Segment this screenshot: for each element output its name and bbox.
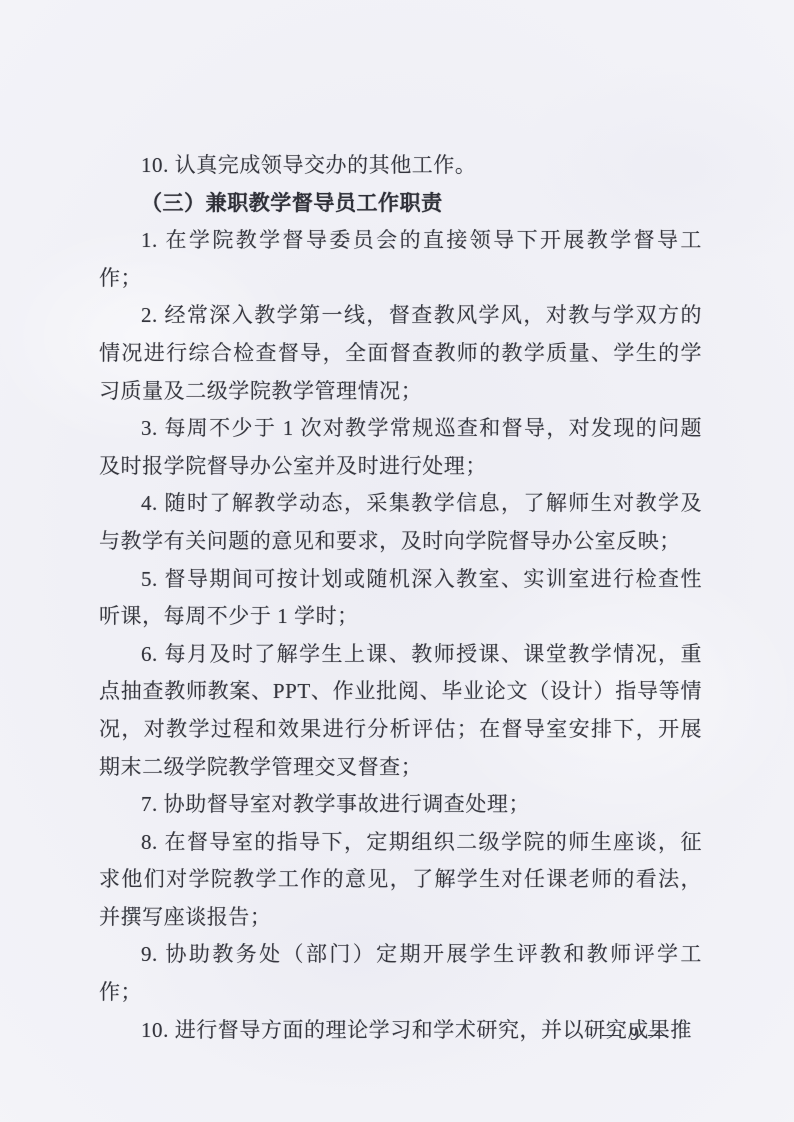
document-paragraph: 3. 每周不少于 1 次对教学常规巡查和督导，对发现的问题及时报学院督导办公室并… [99, 410, 702, 485]
document-paragraph: 1. 在学院教学督导委员会的直接领导下开展教学督导工作； [99, 222, 702, 297]
document-paragraph: 8. 在督导室的指导下，定期组织二级学院的师生座谈，征求他们对学院教学工作的意见… [99, 824, 702, 937]
document-paragraph: 6. 每月及时了解学生上课、教师授课、课堂教学情况，重点抽查教师教案、PPT、作… [99, 636, 702, 786]
scanned-page: 10. 认真完成领导交办的其他工作。 （三）兼职教学督导员工作职责 1. 在学院… [0, 0, 794, 1122]
document-paragraph: 2. 经常深入教学第一线，督查教风学风，对教与学双方的情况进行综合检查督导，全面… [99, 297, 702, 410]
section-heading: （三）兼职教学督导员工作职责 [99, 185, 702, 223]
document-paragraph: 10. 认真完成领导交办的其他工作。 [99, 147, 702, 185]
page-number: — 9 — [602, 1024, 669, 1046]
document-paragraph: 5. 督导期间可按计划或随机深入教室、实训室进行检查性听课，每周不少于 1 学时… [99, 561, 702, 636]
document-text: 10. 认真完成领导交办的其他工作。 （三）兼职教学督导员工作职责 1. 在学院… [99, 147, 702, 1049]
document-paragraph: 7. 协助督导室对教学事故进行调查处理； [99, 786, 702, 824]
document-paragraph: 4. 随时了解教学动态，采集教学信息，了解师生对教学及与教学有关问题的意见和要求… [99, 485, 702, 560]
document-paragraph: 9. 协助教务处（部门）定期开展学生评教和教师评学工作； [99, 936, 702, 1011]
